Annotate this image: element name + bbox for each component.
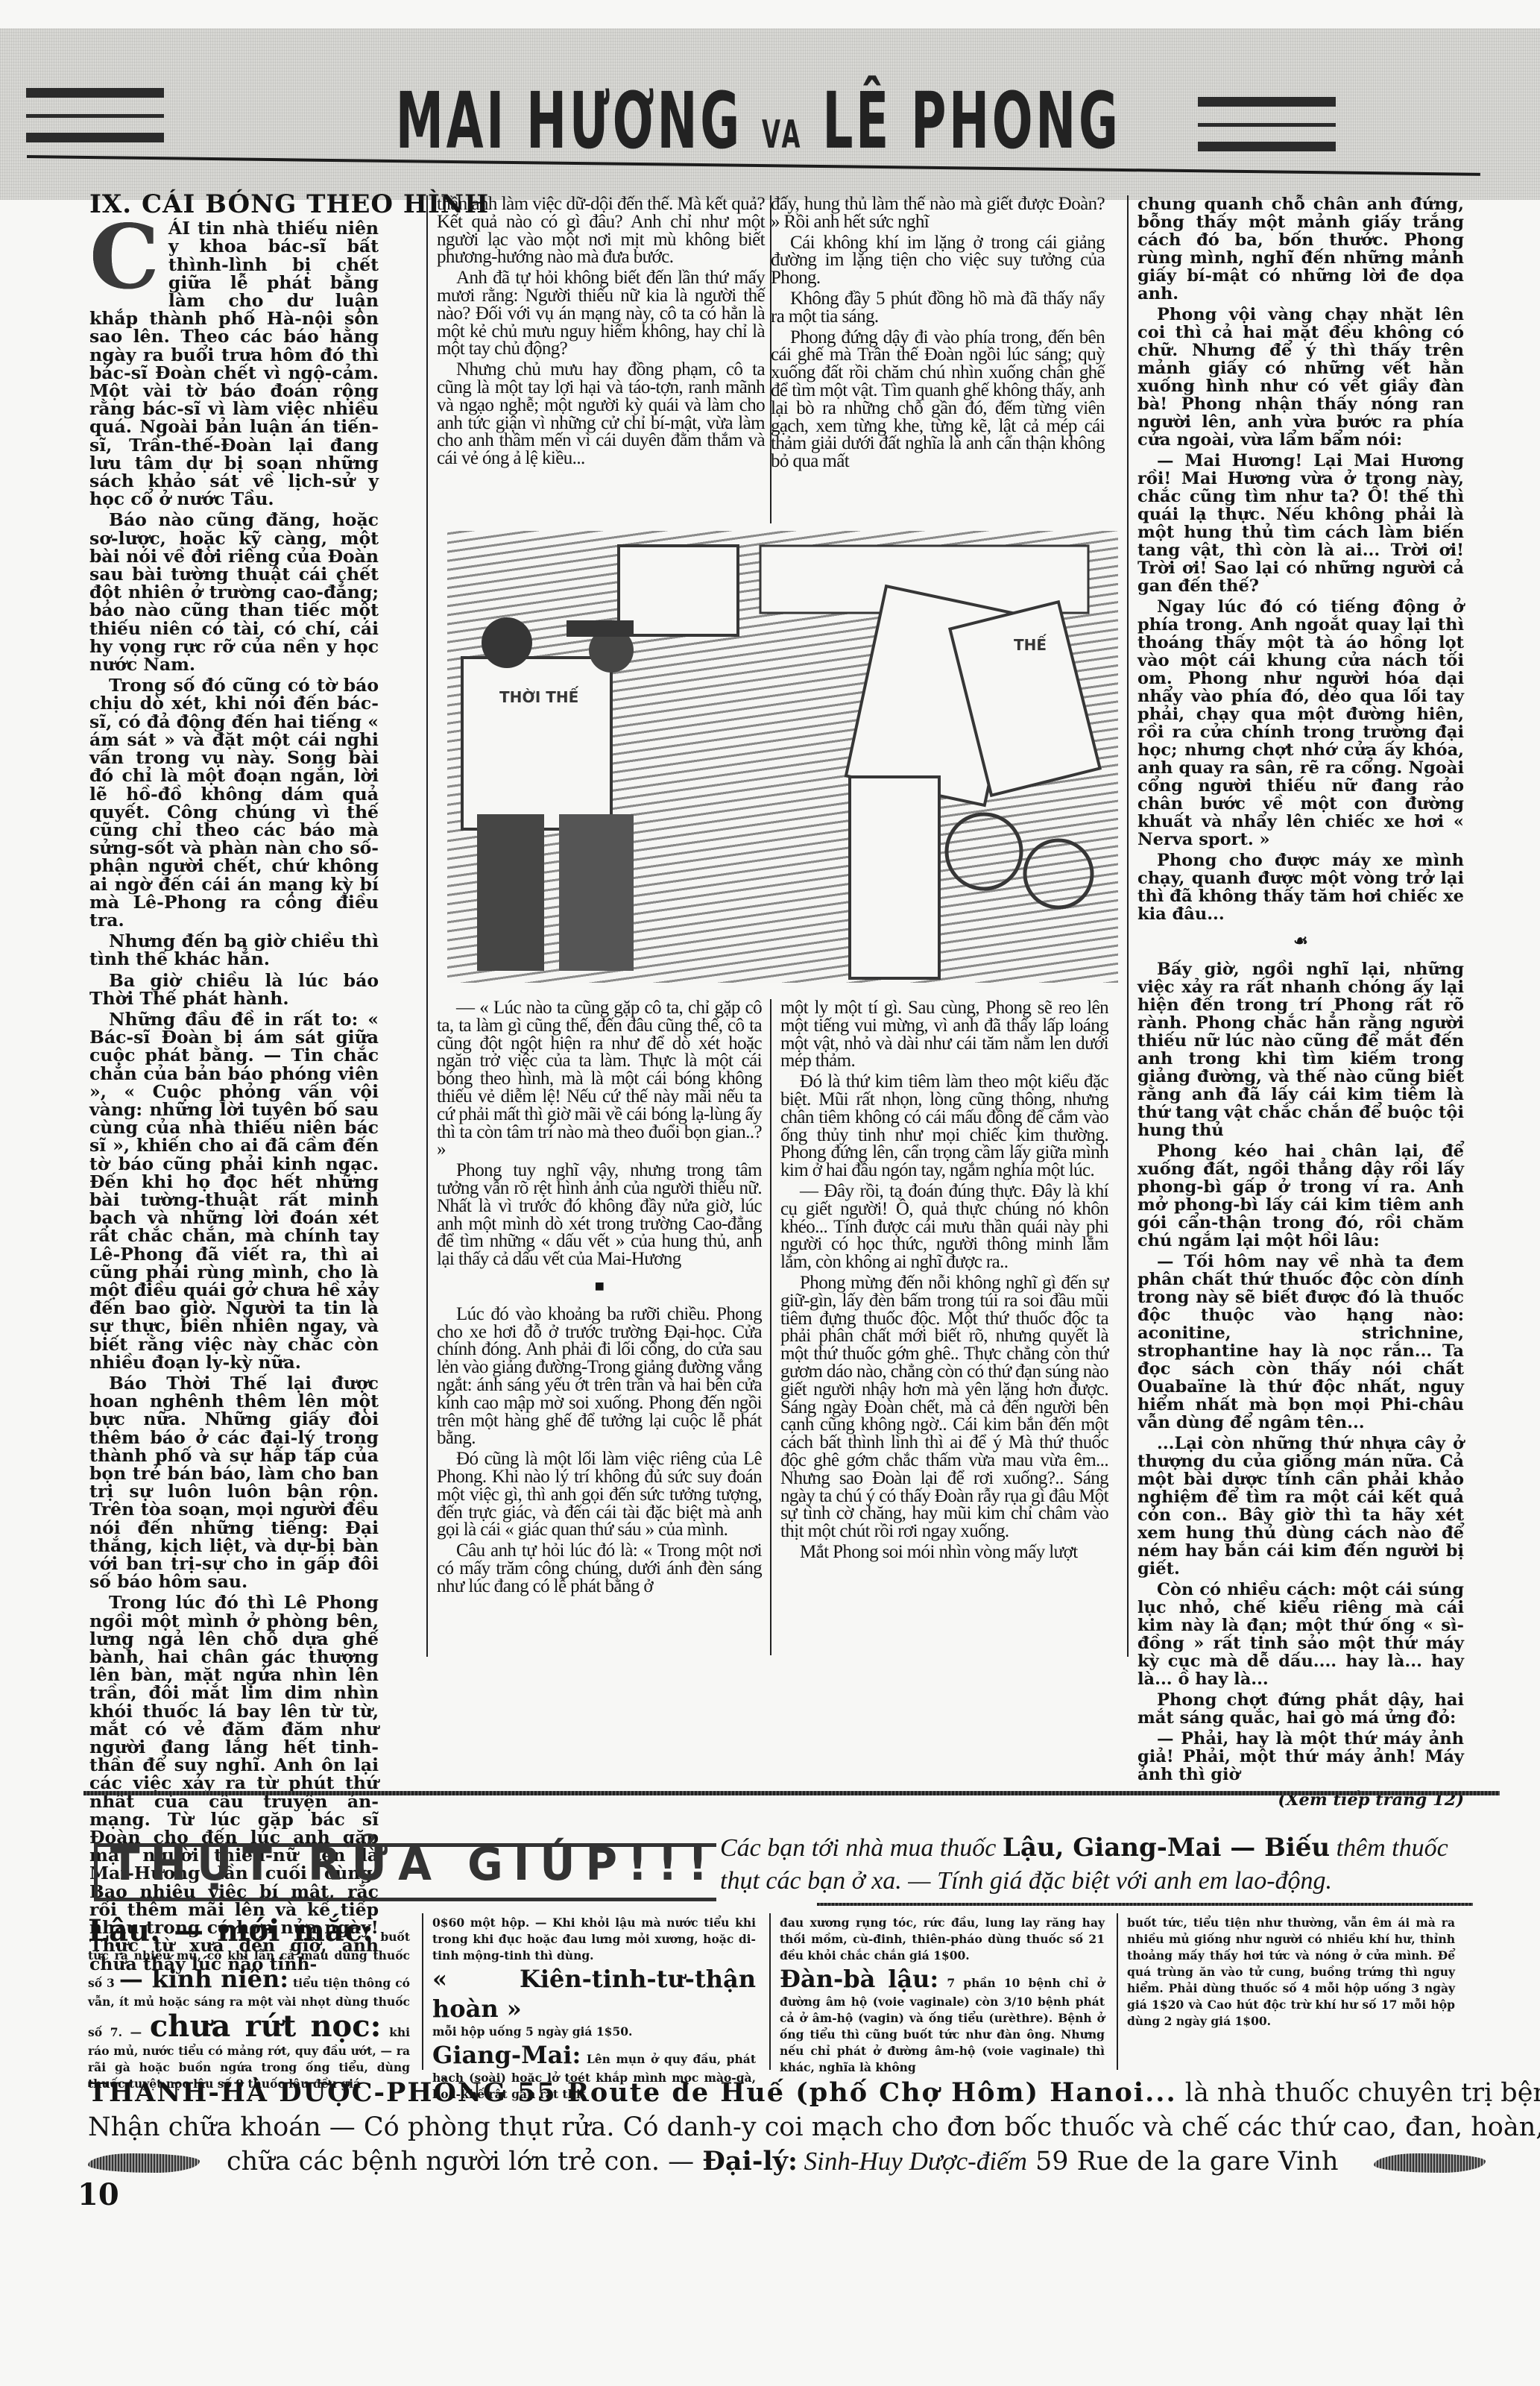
ad-heading-chua-rut-noc: chưa rứt nọc: (150, 2009, 381, 2044)
article-paragraph: Phong mừng đến nỗi không nghĩ gì đến sự … (780, 1274, 1108, 1540)
article-paragraph: chung quanh chỗ chân anh đứng, bỗng thấy… (1137, 195, 1464, 303)
ad-column-2: 0$60 một hộp. — Khi khỏi lậu mà nước tiể… (432, 1915, 756, 2103)
wave-ornament-icon (1374, 2153, 1486, 2173)
article-paragraph: Báo nào cũng đăng, hoặc sơ-lược, hoặc kỹ… (89, 511, 379, 673)
article-paragraph: Phong tuy nghĩ vậy, nhưng trong tâm tưởn… (437, 1162, 762, 1268)
wave-ornament-icon (88, 2153, 200, 2173)
article-paragraph: Phong chợt đứng phắt dậy, hai mắt sáng q… (1137, 1691, 1464, 1727)
masthead-title-part1: MAI HƯƠNG (396, 75, 742, 166)
ad-heading-lau: Lậu. — mới mắc: (88, 1913, 373, 1948)
ad-tagline-rule (817, 1903, 1473, 1906)
article-paragraph: Còn có nhiều cách: một cái súng lục nhỏ,… (1137, 1581, 1464, 1688)
article-paragraph: Ba giờ chiều là lúc báo Thời Thế phát hà… (89, 972, 379, 1007)
article-paragraph: Phong vội vàng chạy nhặt lên coi thì cả … (1137, 306, 1464, 449)
ad-footer-line-2: Nhận chữa khoán — Có phòng thụt rửa. Có … (88, 2110, 1474, 2144)
article-paragraph: Trong số đó cũng có tờ báo chịu dò xét, … (89, 676, 379, 929)
article-paragraph: Nhưng đến ba giờ chiều thì tình thế khác… (89, 932, 379, 968)
masthead-decorative-bars-right (1198, 97, 1336, 164)
column-divider (770, 999, 771, 1655)
article-column-4: chung quanh chỗ chân anh đứng, bỗng thấy… (1137, 195, 1464, 1809)
article-paragraph: ...Lại còn những thứ nhựa cây ở thượng d… (1137, 1435, 1464, 1578)
column-divider (1127, 195, 1129, 1657)
article-paragraph: Đó là thứ kim tiêm làm theo một kiểu đặc… (780, 1073, 1108, 1180)
ad-column-divider (769, 1913, 771, 2070)
article-column-2-top: thần anh làm việc dữ-dội đến thế. Mà kết… (437, 195, 765, 470)
column-divider (426, 195, 428, 1657)
ad-footer-line-3: chữa các bệnh người lớn trẻ con. — Đại-l… (88, 2144, 1474, 2179)
article-paragraph: Đó cũng là một lối làm việc riêng của Lê… (437, 1450, 762, 1539)
article-paragraph: Không đầy 5 phút đồng hồ mà đã thấy nẩy … (771, 290, 1105, 326)
article-column-1: IX. CÁI BÓNG THEO HÌNH CÁI tin nhà thiếu… (89, 195, 379, 1657)
woodcut-street-scene-icon: THỜI THẾ THẾ (447, 531, 1118, 983)
ad-column-divider (1117, 1913, 1118, 2070)
article-paragraph: Báo Thời Thế lại được hoan nghênh thêm l… (89, 1374, 379, 1590)
ad-heading-giang-mai: Giang-Mai: (432, 2041, 581, 2069)
ad-heading-kinh-nien: — kinh niên: (119, 1965, 288, 1993)
article-paragraph: Những đầu đề in rất to: « Bác-sĩ Đoàn bị… (89, 1010, 379, 1371)
article-paragraph: đấy, hung thủ làm thế nào mà giết được Đ… (771, 195, 1105, 231)
ad-footer-line-1: THANH-HÀ DƯỢC-PHÒNG 55 Route de Huế (phố… (88, 2076, 1474, 2110)
article-paragraph: Phong kéo hai chân lại, để xuống đất, ng… (1137, 1142, 1464, 1250)
article-paragraph: Phong cho được máy xe mình chạy, quanh đ… (1137, 852, 1464, 923)
ad-column-divider (422, 1913, 423, 2070)
article-paragraph: Lúc đó vào khoảng ba rưỡi chiều. Phong c… (437, 1306, 762, 1447)
ad-pharmacy-footer: THANH-HÀ DƯỢC-PHÒNG 55 Route de Huế (phố… (88, 2076, 1474, 2179)
article-paragraph: — « Lúc nào ta cũng gặp cô ta, chỉ gặp c… (437, 999, 762, 1159)
section-ornament-icon: ☙ (1137, 932, 1464, 950)
article-paragraph: CÁI tin nhà thiếu niên y khoa bác-sĩ bất… (89, 219, 379, 508)
article-paragraph: Bấy giờ, ngồi nghĩ lại, những việc xảy r… (1137, 960, 1464, 1139)
article-paragraph: Cái không khí im lặng ở trong cái giảng … (771, 234, 1105, 287)
ad-column-3: đau xương rụng tóc, rức đầu, lung lay ră… (780, 1915, 1105, 2076)
ad-heading-dan-ba-lau: Đàn-bà lậu: (780, 1965, 938, 1993)
masthead-title-connector: VA (762, 113, 803, 157)
ad-tagline: Các bạn tới nhà mua thuốc Lậu, Giang-Mai… (720, 1831, 1465, 1898)
section-ornament: ■ (437, 1277, 762, 1295)
article-column-3-bottom: một ly một tí gì. Sau cùng, Phong sẽ reo… (780, 999, 1108, 1564)
article-paragraph: Câu anh tự hỏi lúc đó là: « Trong một nơ… (437, 1542, 762, 1595)
masthead-decorative-bars-left (26, 88, 164, 155)
article-paragraph: — Mai Hương! Lại Mai Hương rồi! Mai Hươn… (1137, 452, 1464, 595)
newspaper-label: THẾ (1014, 635, 1047, 654)
newspaper-label: THỜI THẾ (499, 687, 579, 706)
masthead-title-part2: LÊ PHONG (822, 75, 1120, 166)
article-paragraph: — Phải, hay là một thứ máy ảnh giả! Phải… (1137, 1730, 1464, 1784)
ad-column-4: buốt tức, tiểu tiện như thường, vẫn êm á… (1127, 1915, 1455, 2030)
article-paragraph: một ly một tí gì. Sau cùng, Phong sẽ reo… (780, 999, 1108, 1070)
article-column-3-top: đấy, hung thủ làm thế nào mà giết được Đ… (771, 195, 1105, 473)
ad-top-rule (83, 1791, 1500, 1795)
article-paragraph: — Đây rồi, ta đoán đúng thực. Đây là khí… (780, 1183, 1108, 1271)
article-paragraph: Phong đứng dậy đi vào phía trong, đến bê… (771, 329, 1105, 470)
masthead-title: MAI HƯƠNG VA LÊ PHONG (396, 84, 1006, 172)
article-paragraph: — Tối hôm nay về nhà ta đem phân chất th… (1137, 1253, 1464, 1432)
drop-cap: C (89, 221, 160, 292)
article-paragraph: Nhưng chủ mưu hay đồng phạm, cô ta cũng … (437, 361, 765, 468)
article-paragraph: Mắt Phong soi mói nhìn vòng mấy lượt (780, 1543, 1108, 1561)
article-paragraph: Ngay lúc đó có tiếng động ở phía trong. … (1137, 598, 1464, 849)
article-paragraph: thần anh làm việc dữ-dội đến thế. Mà kết… (437, 195, 765, 266)
page-number: 10 (78, 2177, 119, 2212)
newspaper-readers-illustration: THỜI THẾ THẾ (447, 531, 1118, 983)
article-paragraph: Anh đã tự hỏi không biết đến lần thứ mấy… (437, 269, 765, 358)
article-column-2-bottom: — « Lúc nào ta cũng gặp cô ta, chỉ gặp c… (437, 999, 762, 1599)
ad-product-name: « Kiên-tinh-tư-thận hoàn » (432, 1964, 756, 2024)
chapter-title: IX. CÁI BÓNG THEO HÌNH (89, 195, 379, 213)
ad-headline: THỤT RỬA GIÚP!!! (110, 1837, 718, 1890)
ad-column-1: Lậu. — mới mắc: buốt tức ra nhiều mủ, có… (88, 1915, 410, 2092)
